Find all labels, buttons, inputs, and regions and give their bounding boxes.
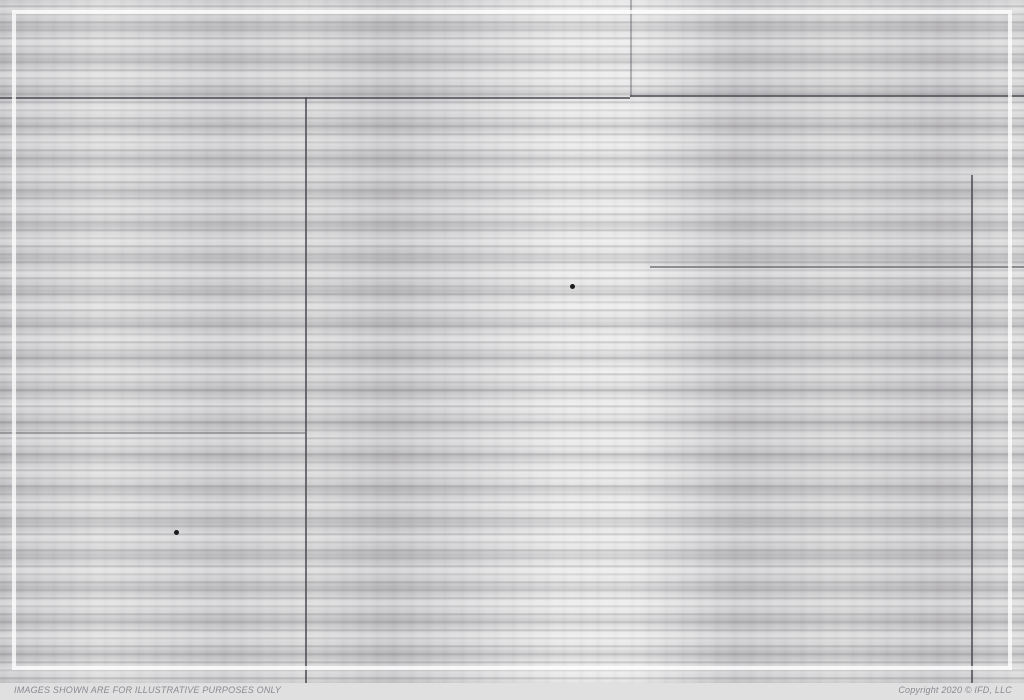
plank-seam (630, 95, 1024, 97)
footer-bar: IMAGES SHOWN ARE FOR ILLUSTRATIVE PURPOS… (0, 683, 1024, 700)
nail-hole (570, 284, 575, 289)
plank-seam (650, 266, 1024, 268)
nail-hole (174, 530, 179, 535)
wood-texture-image (0, 0, 1024, 683)
plank-seam (630, 0, 632, 97)
disclaimer-text: IMAGES SHOWN ARE FOR ILLUSTRATIVE PURPOS… (14, 685, 281, 695)
texture-swatch-canvas: IMAGES SHOWN ARE FOR ILLUSTRATIVE PURPOS… (0, 0, 1024, 700)
plank-seam (305, 97, 307, 683)
copyright-text: Copyright 2020 © IFD, LLC (898, 685, 1012, 695)
plank-seam (0, 97, 630, 99)
plank-seam (0, 432, 305, 434)
plank-seam (971, 175, 973, 683)
